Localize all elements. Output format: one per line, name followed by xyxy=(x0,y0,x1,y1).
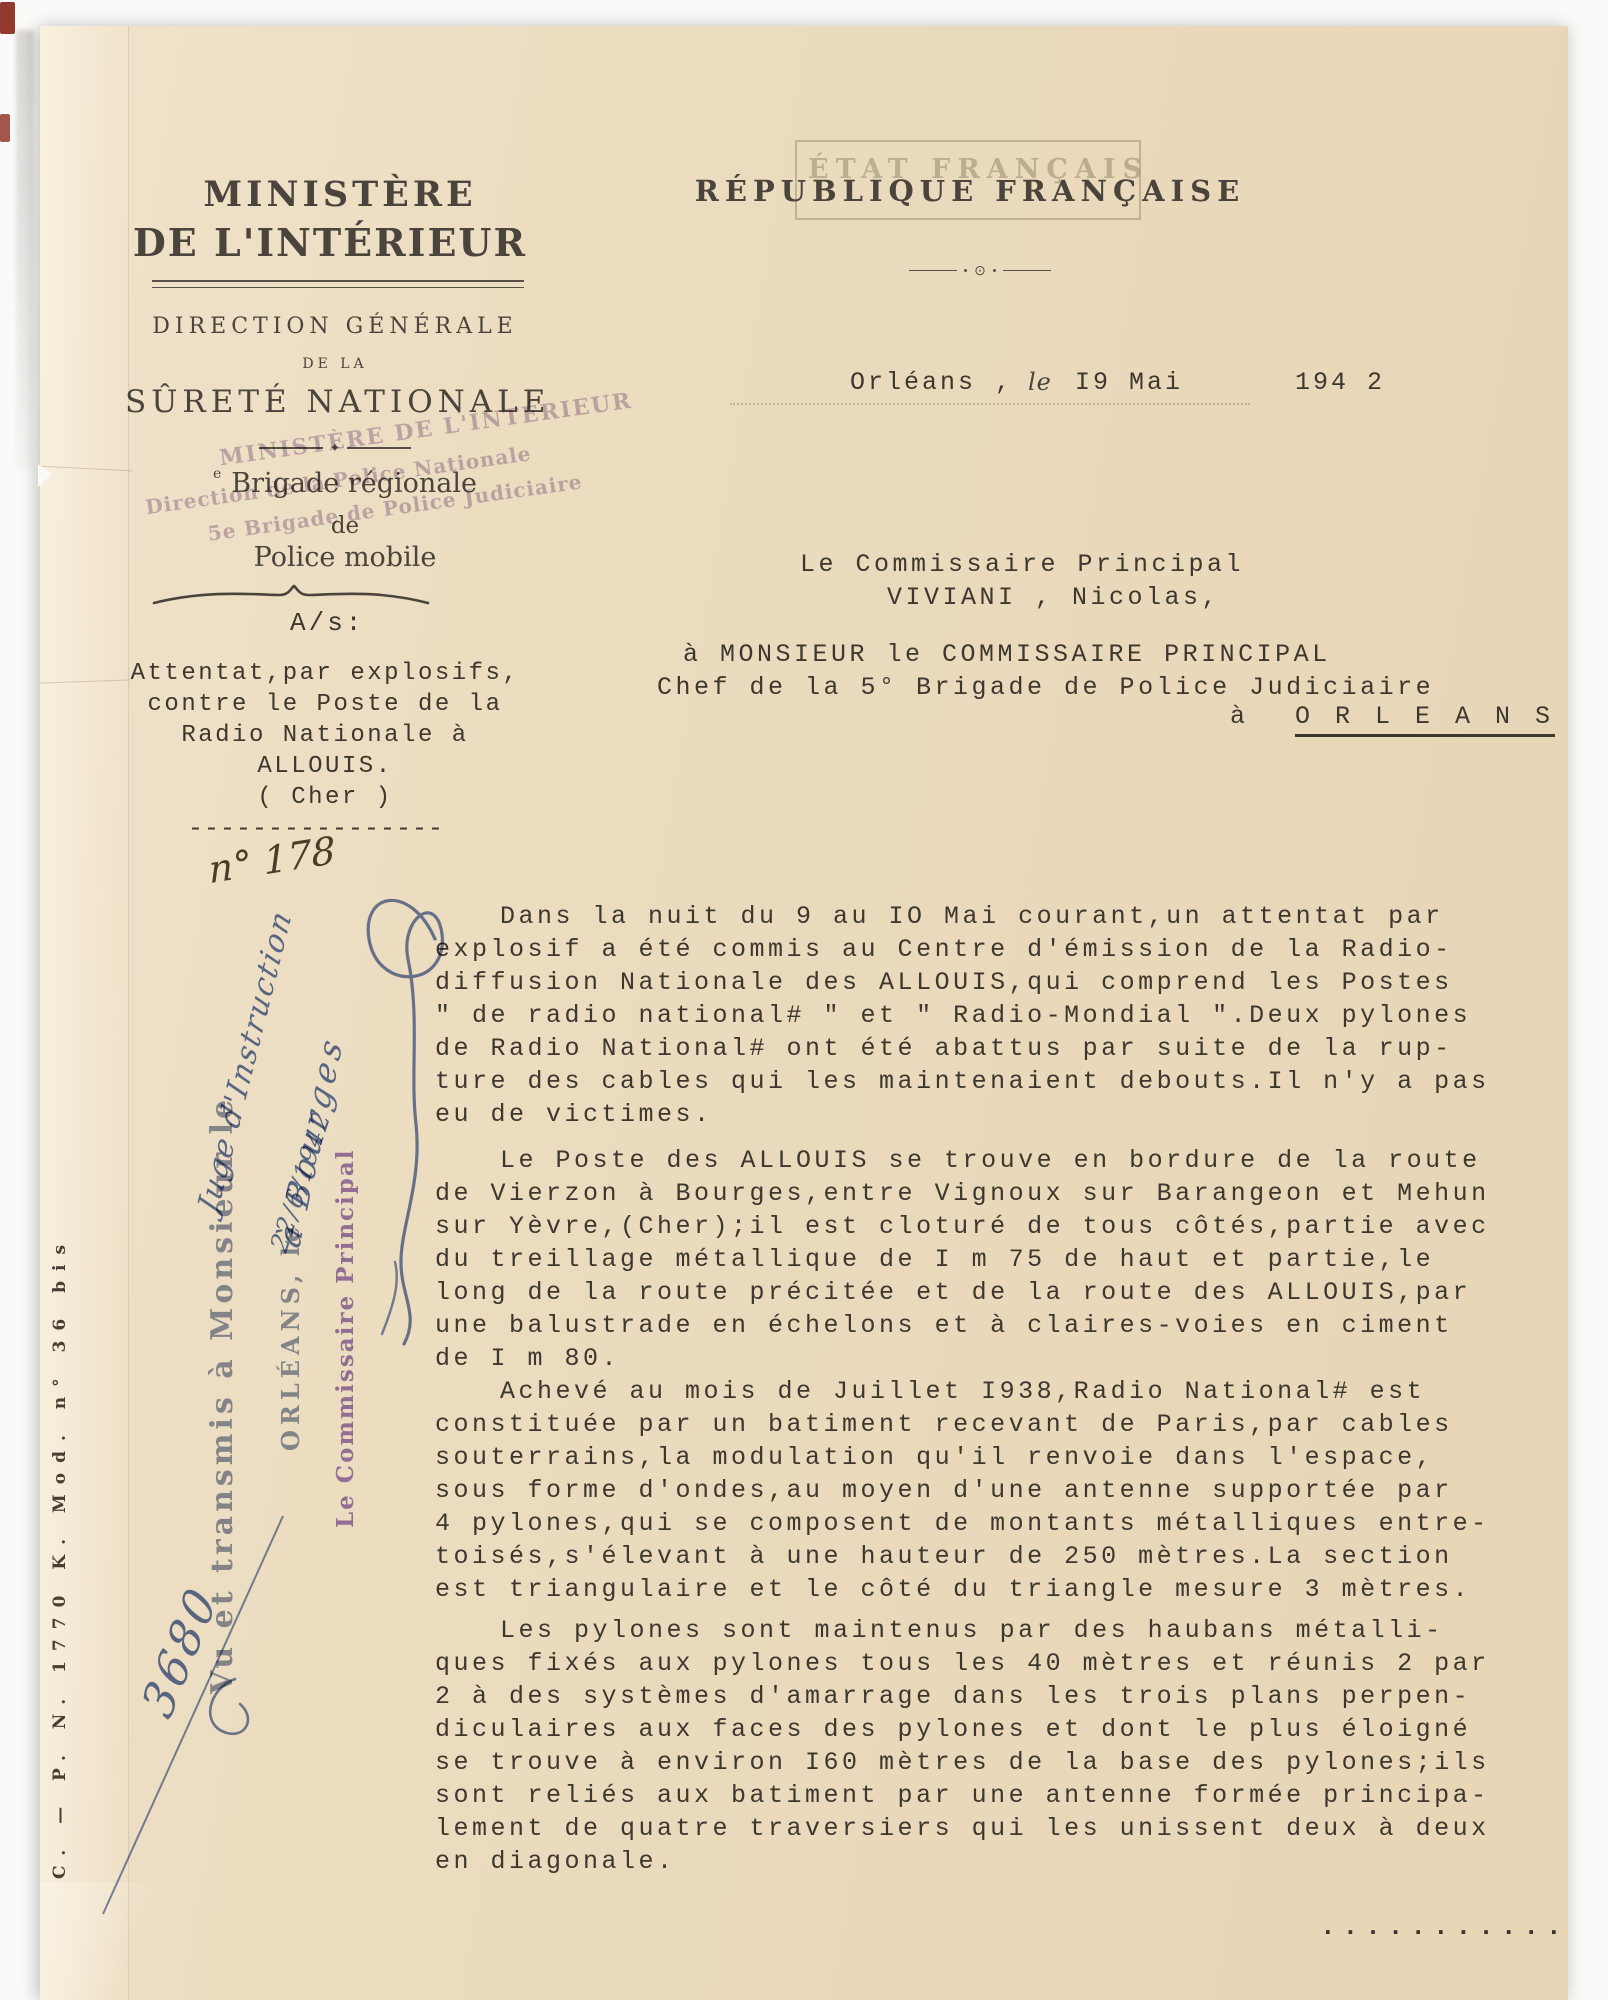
republique-francaise-title: RÉPUBLIQUE FRANÇAISE xyxy=(680,174,1260,208)
recipient-a: à xyxy=(1230,702,1249,731)
recipient-line2: Chef de la 5° Brigade de Police Judiciai… xyxy=(657,673,1434,702)
recipient-city-underlined: O R L E A N S xyxy=(1295,702,1555,737)
date-year: 194 2 xyxy=(1295,368,1385,397)
scan-edge-mark xyxy=(0,2,15,34)
letterhead-ministry-line2: DE L'INTÉRIEUR xyxy=(120,220,540,265)
letter-body: Dans la nuit du 9 au IO Mai courant,un a… xyxy=(435,900,1545,1878)
date-day-month: I9 Mai xyxy=(1075,368,1183,397)
sender-name: VIVIANI , Nicolas, xyxy=(887,583,1220,612)
letterhead-police-mobile: Police mobile xyxy=(160,542,530,573)
date-comma: , xyxy=(995,368,1013,397)
letterhead-double-rule xyxy=(152,280,524,288)
paragraph: Le Poste des ALLOUIS se trouve en bordur… xyxy=(435,1144,1545,1375)
paper-tear xyxy=(38,464,52,487)
letterhead-ministry-line1: MINISTÈRE xyxy=(150,174,530,215)
subject-label: A/s: xyxy=(290,608,364,638)
brace-ornament xyxy=(148,584,434,608)
document-paper: MINISTÈRE DE L'INTÉRIEUR DIRECTION GÉNÉR… xyxy=(40,26,1568,2000)
masthead-ornament: ⊙ xyxy=(895,262,1065,279)
scan-shadow xyxy=(16,30,34,470)
ornament-glyph: ⊙ xyxy=(974,262,986,279)
end-dotted-line: ........... xyxy=(1320,1912,1569,1942)
letterhead-direction: DIRECTION GÉNÉRALE xyxy=(135,314,535,339)
recipient-line1: à MONSIEUR le COMMISSAIRE PRINCIPAL xyxy=(683,640,1331,669)
date-le: le xyxy=(1028,368,1052,396)
paragraph: Dans la nuit du 9 au IO Mai courant,un a… xyxy=(435,900,1545,1131)
date-dotted-rule xyxy=(730,403,1250,405)
orleans-date-stamp: ORLÉANS, le xyxy=(276,1231,305,1451)
paragraph: Les pylones sont maintenus par des hauba… xyxy=(435,1614,1545,1878)
letterhead-de-la: DE LA xyxy=(135,356,535,372)
scan-edge-mark xyxy=(0,114,10,142)
margin-flourish-line xyxy=(85,1496,305,1926)
date-city: Orléans xyxy=(850,368,976,397)
subject-text: Attentat,par explosifs, contre le Poste … xyxy=(95,658,555,813)
printer-form-reference: C. — P. N. 1770 K. Mod. n° 36 bis xyxy=(50,1184,70,1879)
signature-flourish xyxy=(340,864,480,1364)
sender-title: Le Commissaire Principal xyxy=(800,550,1244,579)
paragraph: Achevé au mois de Juillet I938,Radio Nat… xyxy=(435,1375,1545,1606)
